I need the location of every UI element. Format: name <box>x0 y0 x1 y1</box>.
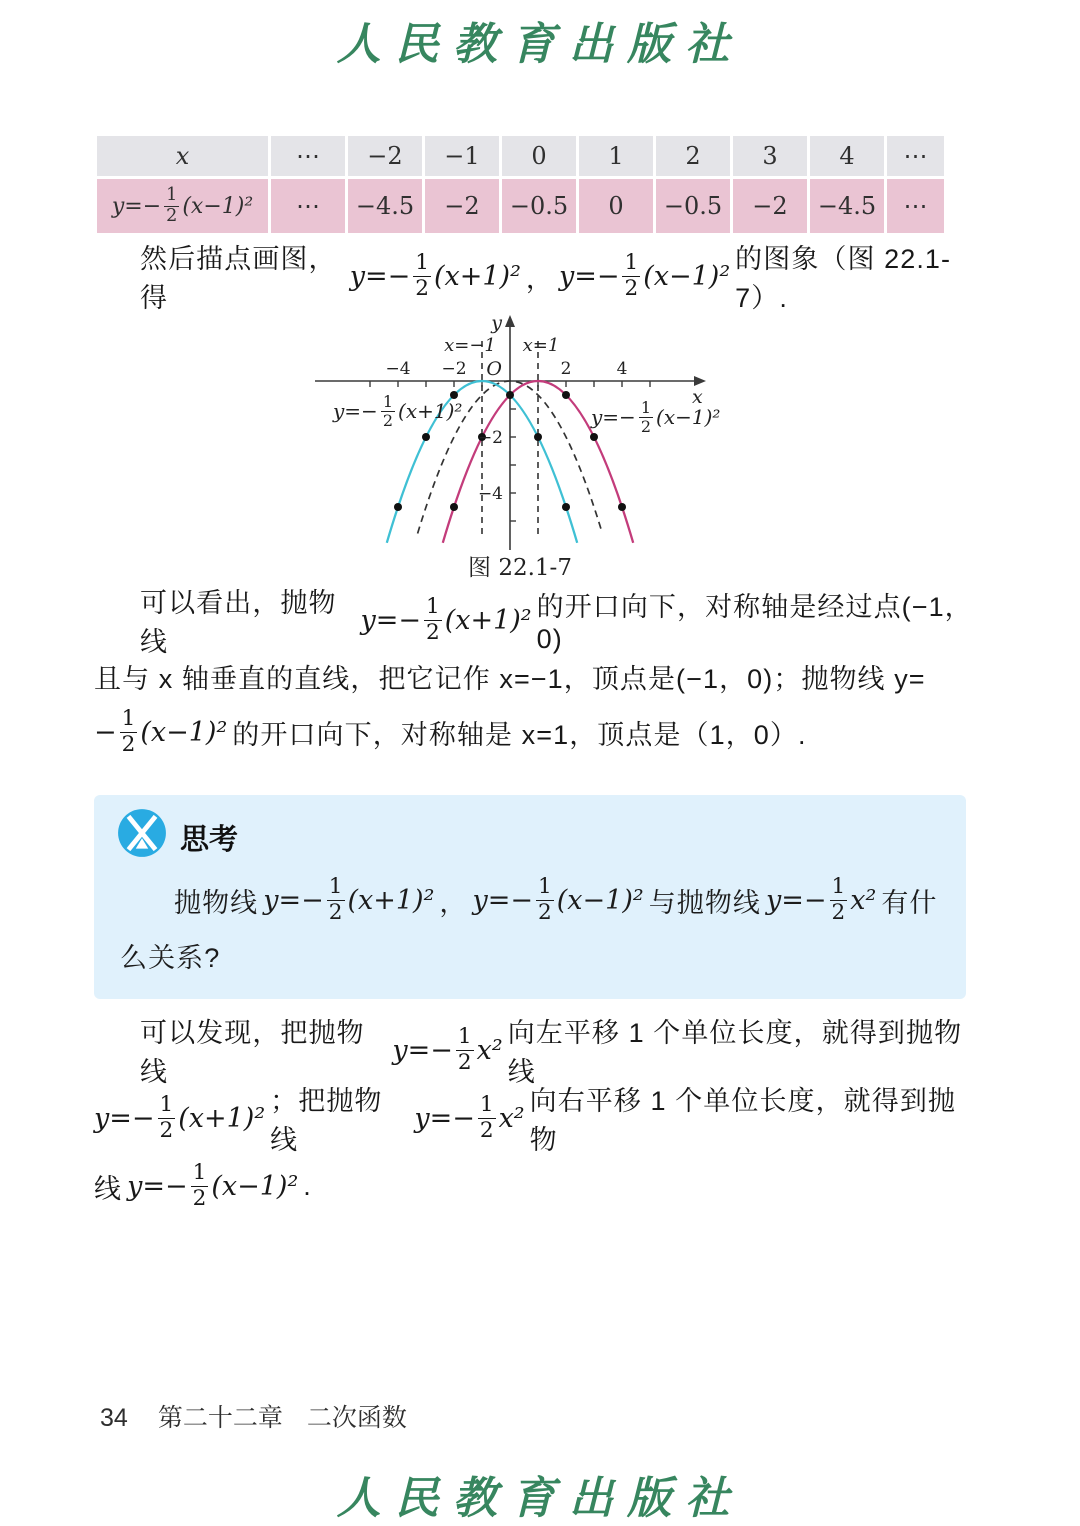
table-cell: −4.5 <box>810 179 884 233</box>
y-axis-arrow <box>505 315 515 327</box>
frac-num: 1 <box>536 875 554 899</box>
text-segment: 且与 x 轴垂直的直线，把它记作 x=−1，顶点是(−1，0)；抛物线 y= <box>94 657 926 696</box>
frac-before: y=− <box>94 1103 155 1134</box>
table-cell: ⋯ <box>887 179 944 233</box>
frac-after: x² <box>477 1035 503 1066</box>
figure-parabolas: −4 −2 2 4 −2 −4 O x y x=−1 x=1 y=−12(x+1… <box>0 313 1080 575</box>
text-segment: 抛物线 <box>174 881 258 920</box>
frac-before: y=− <box>473 885 534 916</box>
frac-before: y=− <box>333 399 378 423</box>
formula-y-xp1: y=−12(x+1)² <box>263 875 434 924</box>
frac-den: 2 <box>456 1050 474 1075</box>
frac-den: 2 <box>191 1186 209 1211</box>
text-segment: . <box>303 1171 312 1202</box>
table-cell: −4.5 <box>348 179 422 233</box>
page-number: 34 <box>100 1404 128 1433</box>
fraction: 12 <box>191 1161 209 1210</box>
frac-num: 1 <box>381 393 395 411</box>
paragraph-line: y=−12(x+1)² ；把抛物线 y=−12x² 向右平移 1 个单位长度，就… <box>94 1084 980 1152</box>
text-segment: 的开口向下，对称轴是经过点(−1，0) <box>537 585 980 655</box>
formula-y-x2: y=−12x² <box>414 1093 524 1142</box>
x-tick-label: 4 <box>617 359 628 379</box>
frac-after: (x+1)² <box>348 885 435 916</box>
fraction: 12 <box>456 1025 474 1074</box>
text-segment: 线 <box>94 1167 122 1206</box>
text-segment: 有什 <box>881 881 937 920</box>
table-cell: −2 <box>733 179 807 233</box>
frac-before: y=− <box>591 405 636 429</box>
chapter-title: 第二十二章 <box>158 1398 283 1434</box>
publisher-logo-bottom: 人民教育出版社 <box>0 1462 1080 1526</box>
text-segment: 可以发现，把抛物线 <box>140 1011 387 1089</box>
frac-num: 1 <box>120 707 138 731</box>
symmetry-label-right: x=1 <box>523 335 560 356</box>
paragraph-translation: 可以发现，把抛物线 y=−12x² 向左平移 1 个单位长度，就得到抛物线 y=… <box>94 1016 980 1220</box>
frac-after: (x−1)² <box>182 194 253 219</box>
frac-after: (x−1)² <box>656 405 720 429</box>
frac-num: 1 <box>424 595 442 619</box>
frac-den: 2 <box>622 276 640 301</box>
formula-y-xp1: y=−12(x+1)² <box>333 393 462 430</box>
frac-den: 2 <box>120 732 138 757</box>
table-cell: 0 <box>502 136 576 176</box>
table-cell: 1 <box>579 136 653 176</box>
fraction: 12 <box>381 393 395 430</box>
formula-y-x2: y=−12x² <box>392 1025 502 1074</box>
fraction: 12 <box>639 399 653 436</box>
curve-label-right: y=−12(x−1)² <box>591 399 720 436</box>
formula-y-xm1: y=−12(x−1)² <box>127 1161 298 1210</box>
frac-num: 1 <box>456 1025 474 1049</box>
formula-y-x2: y=−12x² <box>766 875 876 924</box>
fraction: 12 <box>830 875 848 924</box>
x-tick-label: −2 <box>441 359 466 379</box>
text-segment: 么关系? <box>120 936 220 975</box>
frac-after: (x+1)² <box>398 399 462 423</box>
think-line: 抛物线 y=−12(x+1)² ， y=−12(x−1)² 与抛物线 y=−12… <box>174 868 938 932</box>
frac-den: 2 <box>327 900 345 925</box>
frac-den: 2 <box>536 900 554 925</box>
paragraph-line: 可以发现，把抛物线 y=−12x² 向左平移 1 个单位长度，就得到抛物线 <box>94 1016 980 1084</box>
curve-label-left: y=−12(x+1)² <box>333 393 462 430</box>
value-table: x ⋯ −2 −1 0 1 2 3 4 ⋯ y=−12(x−1)² ⋯ −4.5… <box>94 133 947 236</box>
frac-after: (x+1)² <box>178 1103 265 1134</box>
table-cell: 2 <box>656 136 730 176</box>
figure-caption: 图 22.1-7 <box>0 549 1040 582</box>
frac-after: (x−1)² <box>557 885 644 916</box>
frac-num: 1 <box>478 1093 496 1117</box>
frac-after: (x−1)² <box>211 1171 298 1202</box>
frac-den: 2 <box>830 900 848 925</box>
frac-den: 2 <box>381 411 395 430</box>
text-segment: 可以看出，抛物线 <box>140 581 355 659</box>
frac-after: (x+1)² <box>445 605 532 636</box>
section-title: 二次函数 <box>307 1398 407 1434</box>
table-cell: −2 <box>425 179 499 233</box>
formula-m-xm1: −12(x−1)² <box>94 707 227 756</box>
frac-num: 1 <box>639 399 653 417</box>
paragraph-line: 然后描点画图，得 y=−12(x+1)² ， y=−12(x−1)² 的图象（图… <box>94 240 980 312</box>
frac-before: y=− <box>350 261 411 292</box>
publisher-logo-top: 人民教育出版社 <box>0 8 1080 72</box>
fraction: 12 <box>413 251 431 300</box>
paragraph-line: 且与 x 轴垂直的直线，把它记作 x=−1，顶点是(−1，0)；抛物线 y= <box>94 648 980 704</box>
x-axis-arrow <box>694 376 706 386</box>
think-title: 思考 <box>180 817 238 858</box>
fraction: 12 <box>164 186 179 226</box>
x-tick-label: 2 <box>561 359 572 379</box>
textbook-page: 人民教育出版社 x ⋯ −2 −1 0 1 2 3 4 ⋯ y=−12(x−1)… <box>0 0 1080 1526</box>
frac-den: 2 <box>164 206 179 227</box>
paragraph-plot: 然后描点画图，得 y=−12(x+1)² ， y=−12(x−1)² 的图象（图… <box>94 240 980 312</box>
frac-before: y=− <box>112 194 161 219</box>
y-tick-label: −4 <box>478 484 503 504</box>
table-cell: −0.5 <box>502 179 576 233</box>
frac-before: y=− <box>127 1171 188 1202</box>
fraction: 12 <box>327 875 345 924</box>
text-segment: ， <box>526 257 554 296</box>
frac-den: 2 <box>639 417 653 436</box>
table-cell-formula: y=−12(x−1)² <box>97 179 268 233</box>
frac-before: y=− <box>263 885 324 916</box>
frac-before: − <box>94 717 117 748</box>
y-axis-label: y <box>490 313 502 334</box>
frac-num: 1 <box>622 251 640 275</box>
frac-after: (x−1)² <box>140 717 227 748</box>
frac-before: y=− <box>392 1035 453 1066</box>
table-cell: 4 <box>810 136 884 176</box>
think-line: 么关系? <box>120 935 220 975</box>
table-cell: −0.5 <box>656 179 730 233</box>
table-cell: ⋯ <box>271 179 345 233</box>
fraction: 12 <box>424 595 442 644</box>
fraction: 12 <box>120 707 138 756</box>
frac-before: y=− <box>559 261 620 292</box>
formula-y-xm1: y=−12(x−1)² <box>112 186 253 226</box>
paragraph-line: 线 y=−12(x−1)² . <box>94 1152 980 1220</box>
text-segment: 向右平移 1 个单位长度，就得到抛物 <box>530 1079 980 1157</box>
think-box: 思考 抛物线 y=−12(x+1)² ， y=−12(x−1)² 与抛物线 y=… <box>94 795 966 999</box>
frac-num: 1 <box>413 251 431 275</box>
frac-after: (x−1)² <box>643 261 730 292</box>
formula-y-xm1: y=−12(x−1)² <box>559 251 730 300</box>
origin-label: O <box>486 358 502 380</box>
frac-before: y=− <box>414 1103 475 1134</box>
frac-den: 2 <box>424 620 442 645</box>
frac-den: 2 <box>478 1118 496 1143</box>
text-segment: 与抛物线 <box>649 881 761 920</box>
text-segment: 的开口向下，对称轴是 x=1，顶点是（1，0）. <box>232 713 806 752</box>
paragraph-line: 可以看出，抛物线 y=−12(x+1)² 的开口向下，对称轴是经过点(−1，0) <box>94 592 980 648</box>
table-cell: 3 <box>733 136 807 176</box>
y-axis-ticks <box>510 409 516 521</box>
x-variable: x <box>176 142 190 170</box>
formula-y-xm1: y=−12(x−1)² <box>473 875 644 924</box>
table-cell-x-label: x <box>97 136 268 176</box>
frac-num: 1 <box>164 186 179 206</box>
frac-den: 2 <box>158 1118 176 1143</box>
table-value-row: y=−12(x−1)² ⋯ −4.5 −2 −0.5 0 −0.5 −2 −4.… <box>97 179 944 233</box>
paragraph-line: −12(x−1)² 的开口向下，对称轴是 x=1，顶点是（1，0）. <box>94 704 980 760</box>
page-footer: 34 第二十二章 二次函数 <box>100 1398 407 1434</box>
symmetry-label-left: x=−1 <box>444 335 496 356</box>
frac-num: 1 <box>327 875 345 899</box>
frac-num: 1 <box>830 875 848 899</box>
frac-den: 2 <box>413 276 431 301</box>
fraction: 12 <box>158 1093 176 1142</box>
frac-before: y=− <box>360 605 421 636</box>
fraction: 12 <box>536 875 554 924</box>
fraction: 12 <box>478 1093 496 1142</box>
text-segment: 向左平移 1 个单位长度，就得到抛物线 <box>508 1011 980 1089</box>
table-cell: ⋯ <box>271 136 345 176</box>
frac-num: 1 <box>158 1093 176 1117</box>
formula-y-xp1: y=−12(x+1)² <box>350 251 521 300</box>
table-cell: −1 <box>425 136 499 176</box>
formula-y-xp1: y=−12(x+1)² <box>94 1093 265 1142</box>
x-tick-label: −4 <box>385 359 410 379</box>
frac-after: (x+1)² <box>434 261 521 292</box>
frac-before: y=− <box>766 885 827 916</box>
text-segment: ；把抛物线 <box>270 1079 409 1157</box>
table-cell: ⋯ <box>887 136 944 176</box>
formula-y-xm1: y=−12(x−1)² <box>591 399 720 436</box>
frac-num: 1 <box>191 1161 209 1185</box>
text-segment: 然后描点画图，得 <box>140 237 345 315</box>
y-tick-label: −2 <box>478 428 503 448</box>
table-cell: −2 <box>348 136 422 176</box>
parabola-graph: −4 −2 2 4 −2 −4 O x y x=−1 x=1 <box>310 313 710 563</box>
frac-after: x² <box>499 1103 525 1134</box>
fraction: 12 <box>622 251 640 300</box>
frac-after: x² <box>850 885 876 916</box>
text-segment: 的图象（图 22.1-7）. <box>735 237 980 315</box>
formula-y-xp1: y=−12(x+1)² <box>360 595 531 644</box>
hourglass-icon <box>116 807 168 859</box>
text-segment: ， <box>439 881 467 920</box>
table-cell: 0 <box>579 179 653 233</box>
table-header-row: x ⋯ −2 −1 0 1 2 3 4 ⋯ <box>97 136 944 176</box>
paragraph-observation: 可以看出，抛物线 y=−12(x+1)² 的开口向下，对称轴是经过点(−1，0)… <box>94 592 980 760</box>
